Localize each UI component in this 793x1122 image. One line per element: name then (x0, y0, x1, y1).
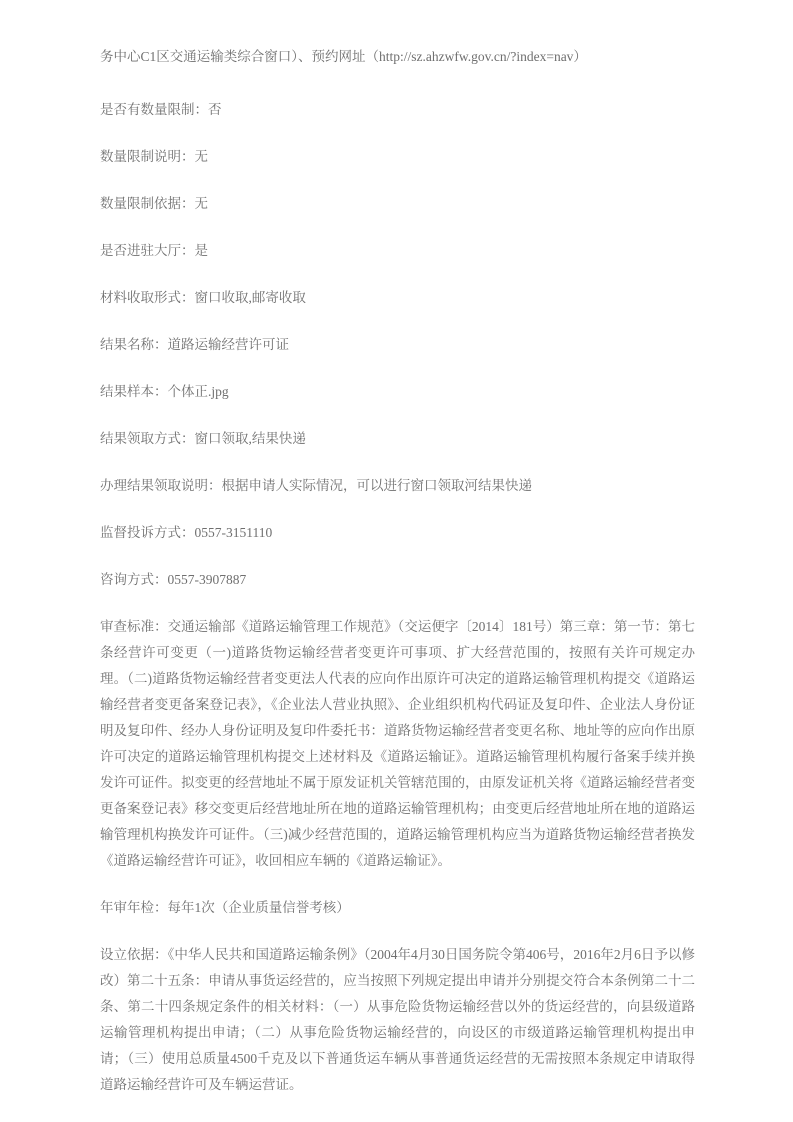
field-result-name: 结果名称：道路运输经营许可证 (100, 332, 695, 358)
field-result-sample: 结果样本：个体正.jpg (100, 379, 695, 405)
field-result-pickup-note: 办理结果领取说明：根据申请人实际情况，可以进行窗口领取河结果快递 (100, 473, 695, 499)
field-consult-phone: 咨询方式：0557-3907887 (100, 567, 695, 593)
field-result-pickup-method: 结果领取方式：窗口领取,结果快递 (100, 426, 695, 452)
field-quantity-limit-basis: 数量限制依据：无 (100, 191, 695, 217)
field-quantity-limit: 是否有数量限制：否 (100, 97, 695, 123)
field-hall-presence: 是否进驻大厅：是 (100, 238, 695, 264)
field-material-collection-form: 材料收取形式：窗口收取,邮寄收取 (100, 285, 695, 311)
document-page: 务中心C1区交通运输类综合窗口）、预约网址（http://sz.ahzwfw.g… (0, 0, 793, 1122)
field-quantity-limit-note: 数量限制说明：无 (100, 144, 695, 170)
field-supervision-complaint-phone: 监督投诉方式：0557-3151110 (100, 520, 695, 546)
para-review-standard: 审查标准：交通运输部《道路运输管理工作规范》（交运便字〔2014〕181号）第三… (100, 614, 695, 874)
line-service-window-continuation: 务中心C1区交通运输类综合窗口）、预约网址（http://sz.ahzwfw.g… (100, 44, 695, 70)
field-annual-inspection: 年审年检：每年1次（企业质量信誉考核） (100, 895, 695, 921)
para-establishment-basis: 设立依据：《中华人民共和国道路运输条例》（2004年4月30日国务院令第406号… (100, 942, 695, 1098)
